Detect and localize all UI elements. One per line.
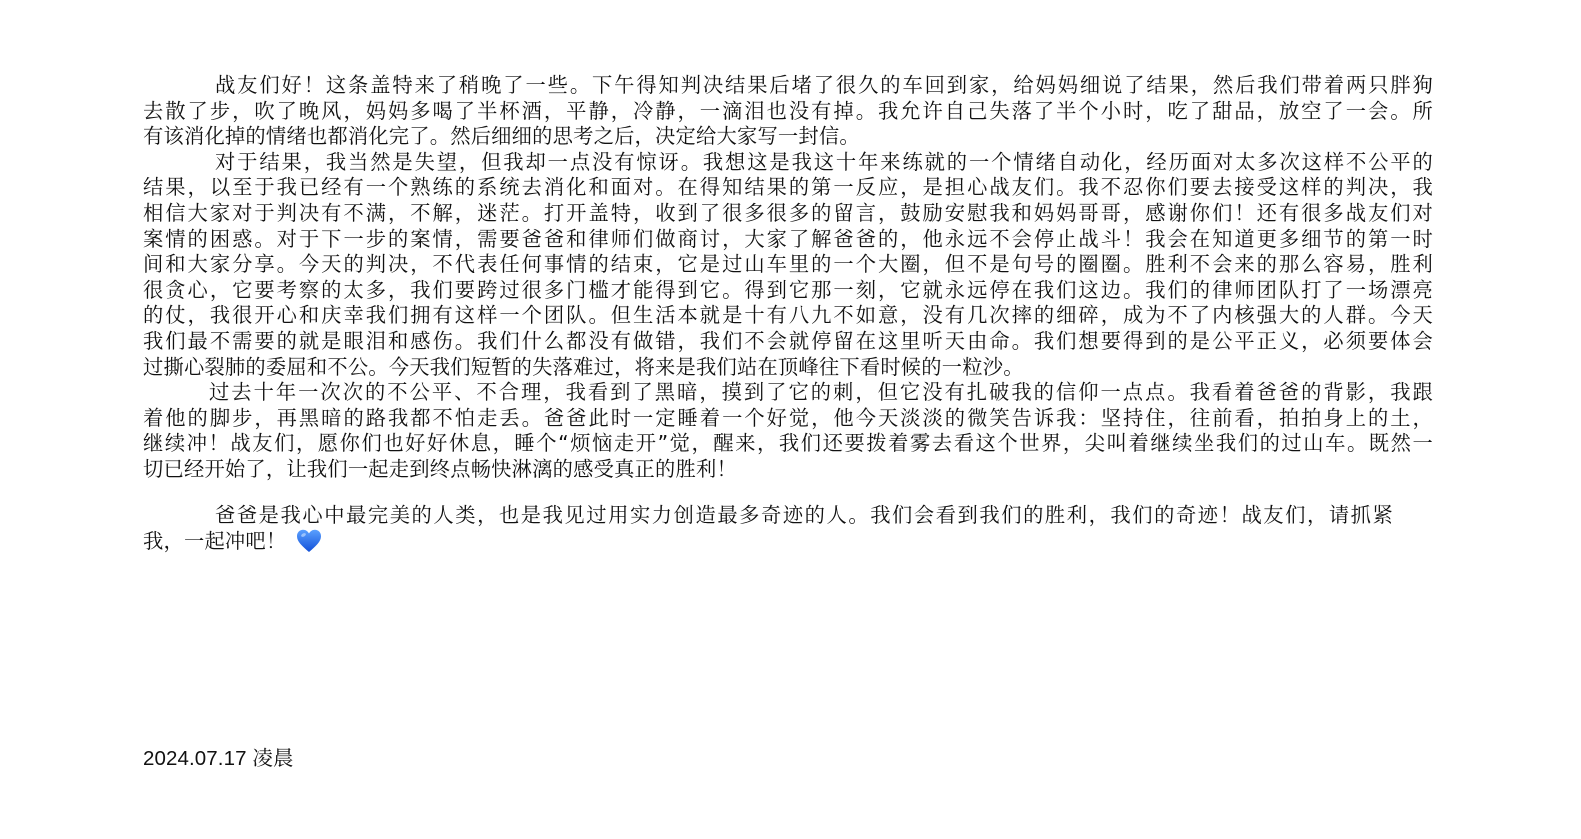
text-line: 的仗，我很开心和庆幸我们拥有这样一个团队。但生活本就是十有八九不如意，没有几次摔… xyxy=(143,303,1433,329)
text-line: 结果，以至于我已经有一个熟练的系统去消化和面对。在得知结果的第一反应，是担心战友… xyxy=(143,175,1433,201)
text-line: 案情的困惑。对于下一步的案情，需要爸爸和律师们做商讨，大家了解爸爸的，他永远不会… xyxy=(143,227,1433,253)
text-line: 对于结果，我当然是失望，但我却一点没有惊讶。我想这是我这十年来练就的一个情绪自动… xyxy=(143,150,1433,176)
paragraph-2: 对于结果，我当然是失望，但我却一点没有惊讶。我想这是我这十年来练就的一个情绪自动… xyxy=(143,150,1433,380)
text-line: 过撕心裂肺的委屈和不公。今天我们短暂的失落难过，将来是我们站在顶峰往下看时候的一… xyxy=(143,355,1433,381)
text-line: 很贪心，它要考察的太多，我们要跨过很多门槛才能得到它。得到它那一刻，它就永远停在… xyxy=(143,278,1433,304)
text-line: 间和大家分享。今天的判决，不代表任何事情的结束，它是过山车里的一个大圈，但不是句… xyxy=(143,252,1433,278)
paragraph-spacer xyxy=(143,483,1433,503)
closing-text: 我，一起冲吧！ xyxy=(143,529,286,553)
text-line: 爸爸是我心中最完美的人类，也是我见过用实力创造最多奇迹的人。我们会看到我们的胜利… xyxy=(143,503,1393,529)
paragraph-1: 战友们好！这条盖特来了稍晚了一些。下午得知判决结果后堵了很久的车回到家，给妈妈细… xyxy=(143,73,1433,150)
text-line: 着他的脚步，再黑暗的路我都不怕走丢。爸爸此时一定睡着一个好觉，他今天淡淡的微笑告… xyxy=(143,406,1433,432)
text-line: 继续冲！战友们，愿你们也好好休息，睡个“烦恼走开”觉，醒来，我们还要拨着雾去看这… xyxy=(143,431,1433,457)
text-line: 过去十年一次次的不公平、不合理，我看到了黑暗，摸到了它的刺，但它没有扎破我的信仰… xyxy=(143,380,1433,406)
paragraph-3: 过去十年一次次的不公平、不合理，我看到了黑暗，摸到了它的刺，但它没有扎破我的信仰… xyxy=(143,380,1433,482)
text-line: 我们最不需要的就是眼泪和感伤。我们什么都没有做错，我们不会就停留在这里听天由命。… xyxy=(143,329,1433,355)
text-line: 相信大家对于判决有不满，不解，迷茫。打开盖特，收到了很多很多的留言，鼓励安慰我和… xyxy=(143,201,1433,227)
text-line: 切已经开始了，让我们一起走到终点畅快淋漓的感受真正的胜利！ xyxy=(143,457,1433,483)
text-line: 有该消化掉的情绪也都消化完了。然后细细的思考之后，决定给大家写一封信。 xyxy=(143,124,1433,150)
text-line-with-heart: 我，一起冲吧！ xyxy=(143,528,1433,554)
date-signature: 2024.07.17 凌晨 xyxy=(143,746,294,772)
blue-heart-icon xyxy=(296,528,322,554)
text-line: 战友们好！这条盖特来了稍晚了一些。下午得知判决结果后堵了很久的车回到家，给妈妈细… xyxy=(143,73,1433,99)
letter-body: 战友们好！这条盖特来了稍晚了一些。下午得知判决结果后堵了很久的车回到家，给妈妈细… xyxy=(143,73,1433,554)
text-line: 去散了步，吹了晚风，妈妈多喝了半杯酒，平静，冷静，一滴泪也没有掉。我允许自己失落… xyxy=(143,99,1433,125)
paragraph-4: 爸爸是我心中最完美的人类，也是我见过用实力创造最多奇迹的人。我们会看到我们的胜利… xyxy=(143,503,1433,554)
